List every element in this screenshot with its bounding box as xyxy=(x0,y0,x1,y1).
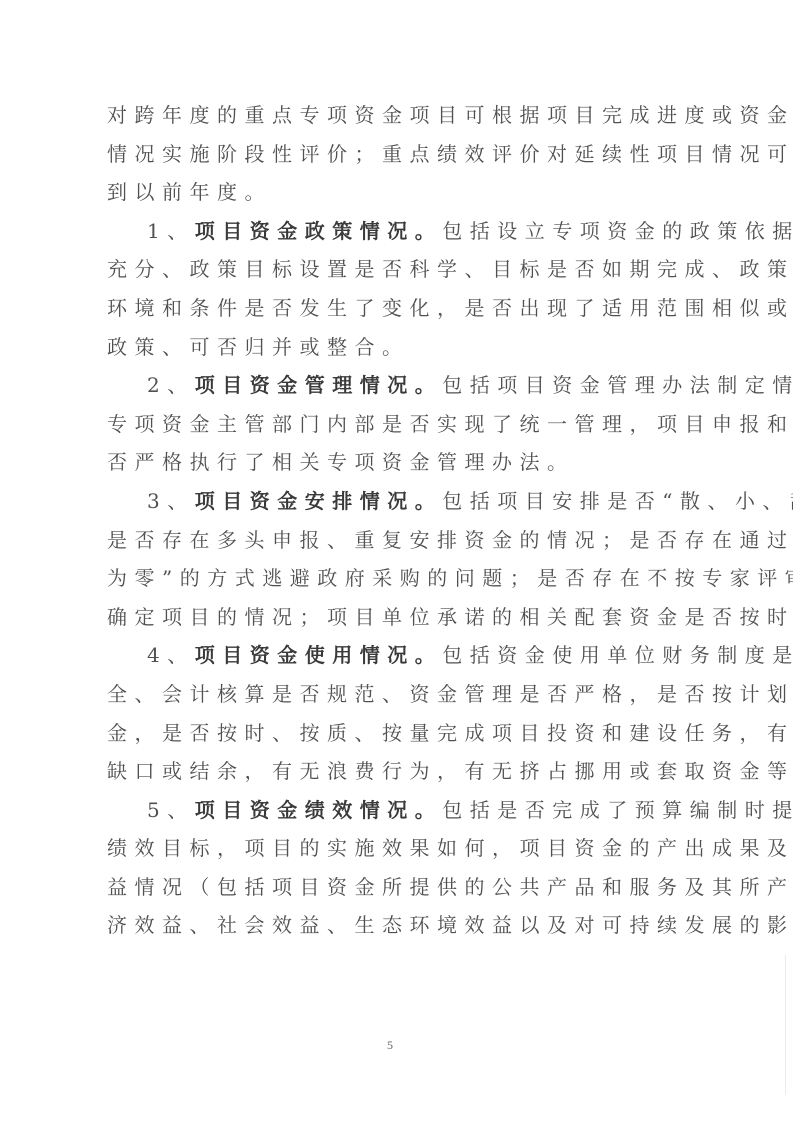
text-line: 政策、可否归并或整合。 xyxy=(107,328,693,367)
document-page: 对跨年度的重点专项资金项目可根据项目完成进度或资金使用 情况实施阶段性评价；重点… xyxy=(0,0,793,1121)
text-line: 专项资金主管部门内部是否实现了统一管理，项目申报和确定是 xyxy=(107,405,693,444)
text-line: 是否存在多头申报、重复安排资金的情况；是否存在通过“化整 xyxy=(107,521,693,560)
item-number: 3、 xyxy=(147,489,195,513)
text-line: 否严格执行了相关专项资金管理办法。 xyxy=(107,443,693,482)
text-line: 到以前年度。 xyxy=(107,173,693,212)
text-line: 充分、政策目标设置是否科学、目标是否如期完成、政策实施的 xyxy=(107,250,693,289)
text-line: 确定项目的情况；项目单位承诺的相关配套资金是否按时到位。 xyxy=(107,598,693,637)
text-line: 益情况（包括项目资金所提供的公共产品和服务及其所产生的经 xyxy=(107,868,693,907)
paragraph-item-2: 2、项目资金管理情况。包括项目资金管理办法制定情况； 专项资金主管部门内部是否实… xyxy=(107,366,693,482)
paragraph-item-1: 1、项目资金政策情况。包括设立专项资金的政策依据是否 充分、政策目标设置是否科学… xyxy=(107,212,693,366)
text-line: 绩效目标，项目的实施效果如何，项目资金的产出成果及产出效 xyxy=(107,829,693,868)
text-line: 1、项目资金政策情况。包括设立专项资金的政策依据是否 xyxy=(107,212,693,251)
item-text: 包括设立专项资金的政策依据是否 xyxy=(442,219,793,243)
item-text: 包括是否完成了预算编制时提出的 xyxy=(442,798,793,822)
paragraph-item-3: 3、项目资金安排情况。包括项目安排是否“散、小、乱”； 是否存在多头申报、重复安… xyxy=(107,482,693,636)
item-heading: 项目资金安排情况。 xyxy=(195,489,443,513)
paragraph-continuation: 对跨年度的重点专项资金项目可根据项目完成进度或资金使用 情况实施阶段性评价；重点… xyxy=(107,96,693,212)
text-line: 5、项目资金绩效情况。包括是否完成了预算编制时提出的 xyxy=(107,791,693,830)
item-heading: 项目资金政策情况。 xyxy=(195,219,443,243)
item-text: 包括项目资金管理办法制定情况； xyxy=(442,373,793,397)
item-heading: 项目资金管理情况。 xyxy=(195,373,443,397)
item-heading: 项目资金绩效情况。 xyxy=(195,798,443,822)
item-text: 包括项目安排是否“散、小、乱”； xyxy=(442,489,793,513)
item-text: 包括资金使用单位财务制度是否健 xyxy=(442,643,793,667)
paragraph-item-4: 4、项目资金使用情况。包括资金使用单位财务制度是否健 全、会计核算是否规范、资金… xyxy=(107,636,693,790)
text-line: 为零”的方式逃避政府采购的问题；是否存在不按专家评审结果 xyxy=(107,559,693,598)
page-number: 5 xyxy=(387,1038,393,1053)
text-line: 济效益、社会效益、生态环境效益以及对可持续发展的影响等）。 xyxy=(107,906,693,945)
text-line: 情况实施阶段性评价；重点绩效评价对延续性项目情况可以追溯 xyxy=(107,135,693,174)
document-body: 对跨年度的重点专项资金项目可根据项目完成进度或资金使用 情况实施阶段性评价；重点… xyxy=(107,96,693,945)
item-number: 2、 xyxy=(147,373,195,397)
text-line: 全、会计核算是否规范、资金管理是否严格，是否按计划使用资 xyxy=(107,675,693,714)
text-line: 缺口或结余，有无浪费行为，有无挤占挪用或套取资金等现象。 xyxy=(107,752,693,791)
item-number: 4、 xyxy=(147,643,195,667)
text-line: 3、项目资金安排情况。包括项目安排是否“散、小、乱”； xyxy=(107,482,693,521)
item-number: 5、 xyxy=(147,798,195,822)
item-number: 1、 xyxy=(147,219,195,243)
item-heading: 项目资金使用情况。 xyxy=(195,643,443,667)
text-line: 2、项目资金管理情况。包括项目资金管理办法制定情况； xyxy=(107,366,693,405)
text-line: 环境和条件是否发生了变化，是否出现了适用范围相似或相近的 xyxy=(107,289,693,328)
text-line: 4、项目资金使用情况。包括资金使用单位财务制度是否健 xyxy=(107,636,693,675)
text-line: 对跨年度的重点专项资金项目可根据项目完成进度或资金使用 xyxy=(107,96,693,135)
scan-edge-mark xyxy=(785,955,786,1095)
paragraph-item-5: 5、项目资金绩效情况。包括是否完成了预算编制时提出的 绩效目标，项目的实施效果如… xyxy=(107,791,693,945)
text-line: 金，是否按时、按质、按量完成项目投资和建设任务，有无资金 xyxy=(107,714,693,753)
